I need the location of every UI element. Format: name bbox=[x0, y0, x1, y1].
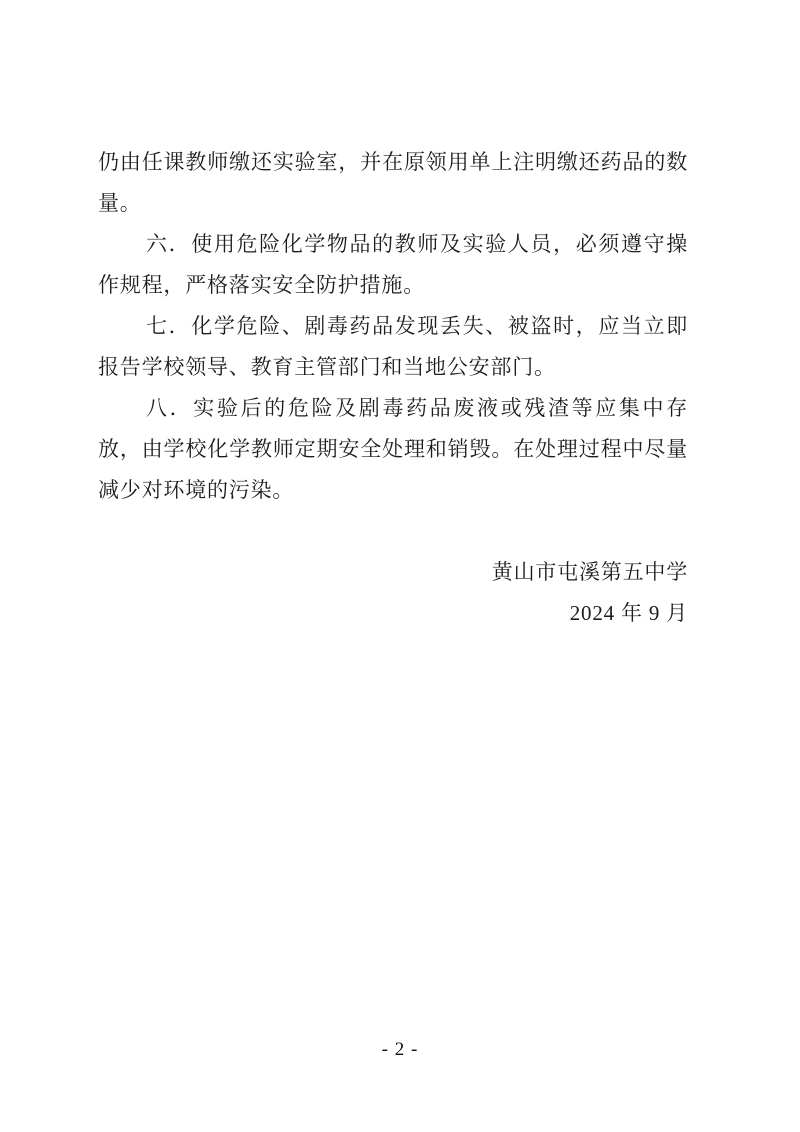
body-paragraph-item-7: 七．化学危险、剧毒药品发现丢失、被盗时，应当立即报告学校领导、教育主管部门和当地… bbox=[98, 306, 688, 388]
signature-line: 黄山市屯溪第五中学 bbox=[98, 552, 688, 593]
body-paragraph-continuation: 仍由任课教师缴还实验室，并在原领用单上注明缴还药品的数量。 bbox=[98, 142, 688, 224]
date-line: 2024 年 9 月 bbox=[98, 593, 688, 634]
body-paragraph-item-6: 六．使用危险化学物品的教师及实验人员，必须遵守操作规程，严格落实安全防护措施。 bbox=[98, 224, 688, 306]
document-body: 仍由任课教师缴还实验室，并在原领用单上注明缴还药品的数量。 六．使用危险化学物品… bbox=[98, 142, 688, 634]
document-page: 仍由任课教师缴还实验室，并在原领用单上注明缴还药品的数量。 六．使用危险化学物品… bbox=[0, 0, 800, 1132]
signature-block: 黄山市屯溪第五中学 2024 年 9 月 bbox=[98, 552, 688, 634]
page-number: - 2 - bbox=[0, 1037, 800, 1063]
body-paragraph-item-8: 八．实验后的危险及剧毒药品废液或残渣等应集中存放，由学校化学教师定期安全处理和销… bbox=[98, 388, 688, 511]
